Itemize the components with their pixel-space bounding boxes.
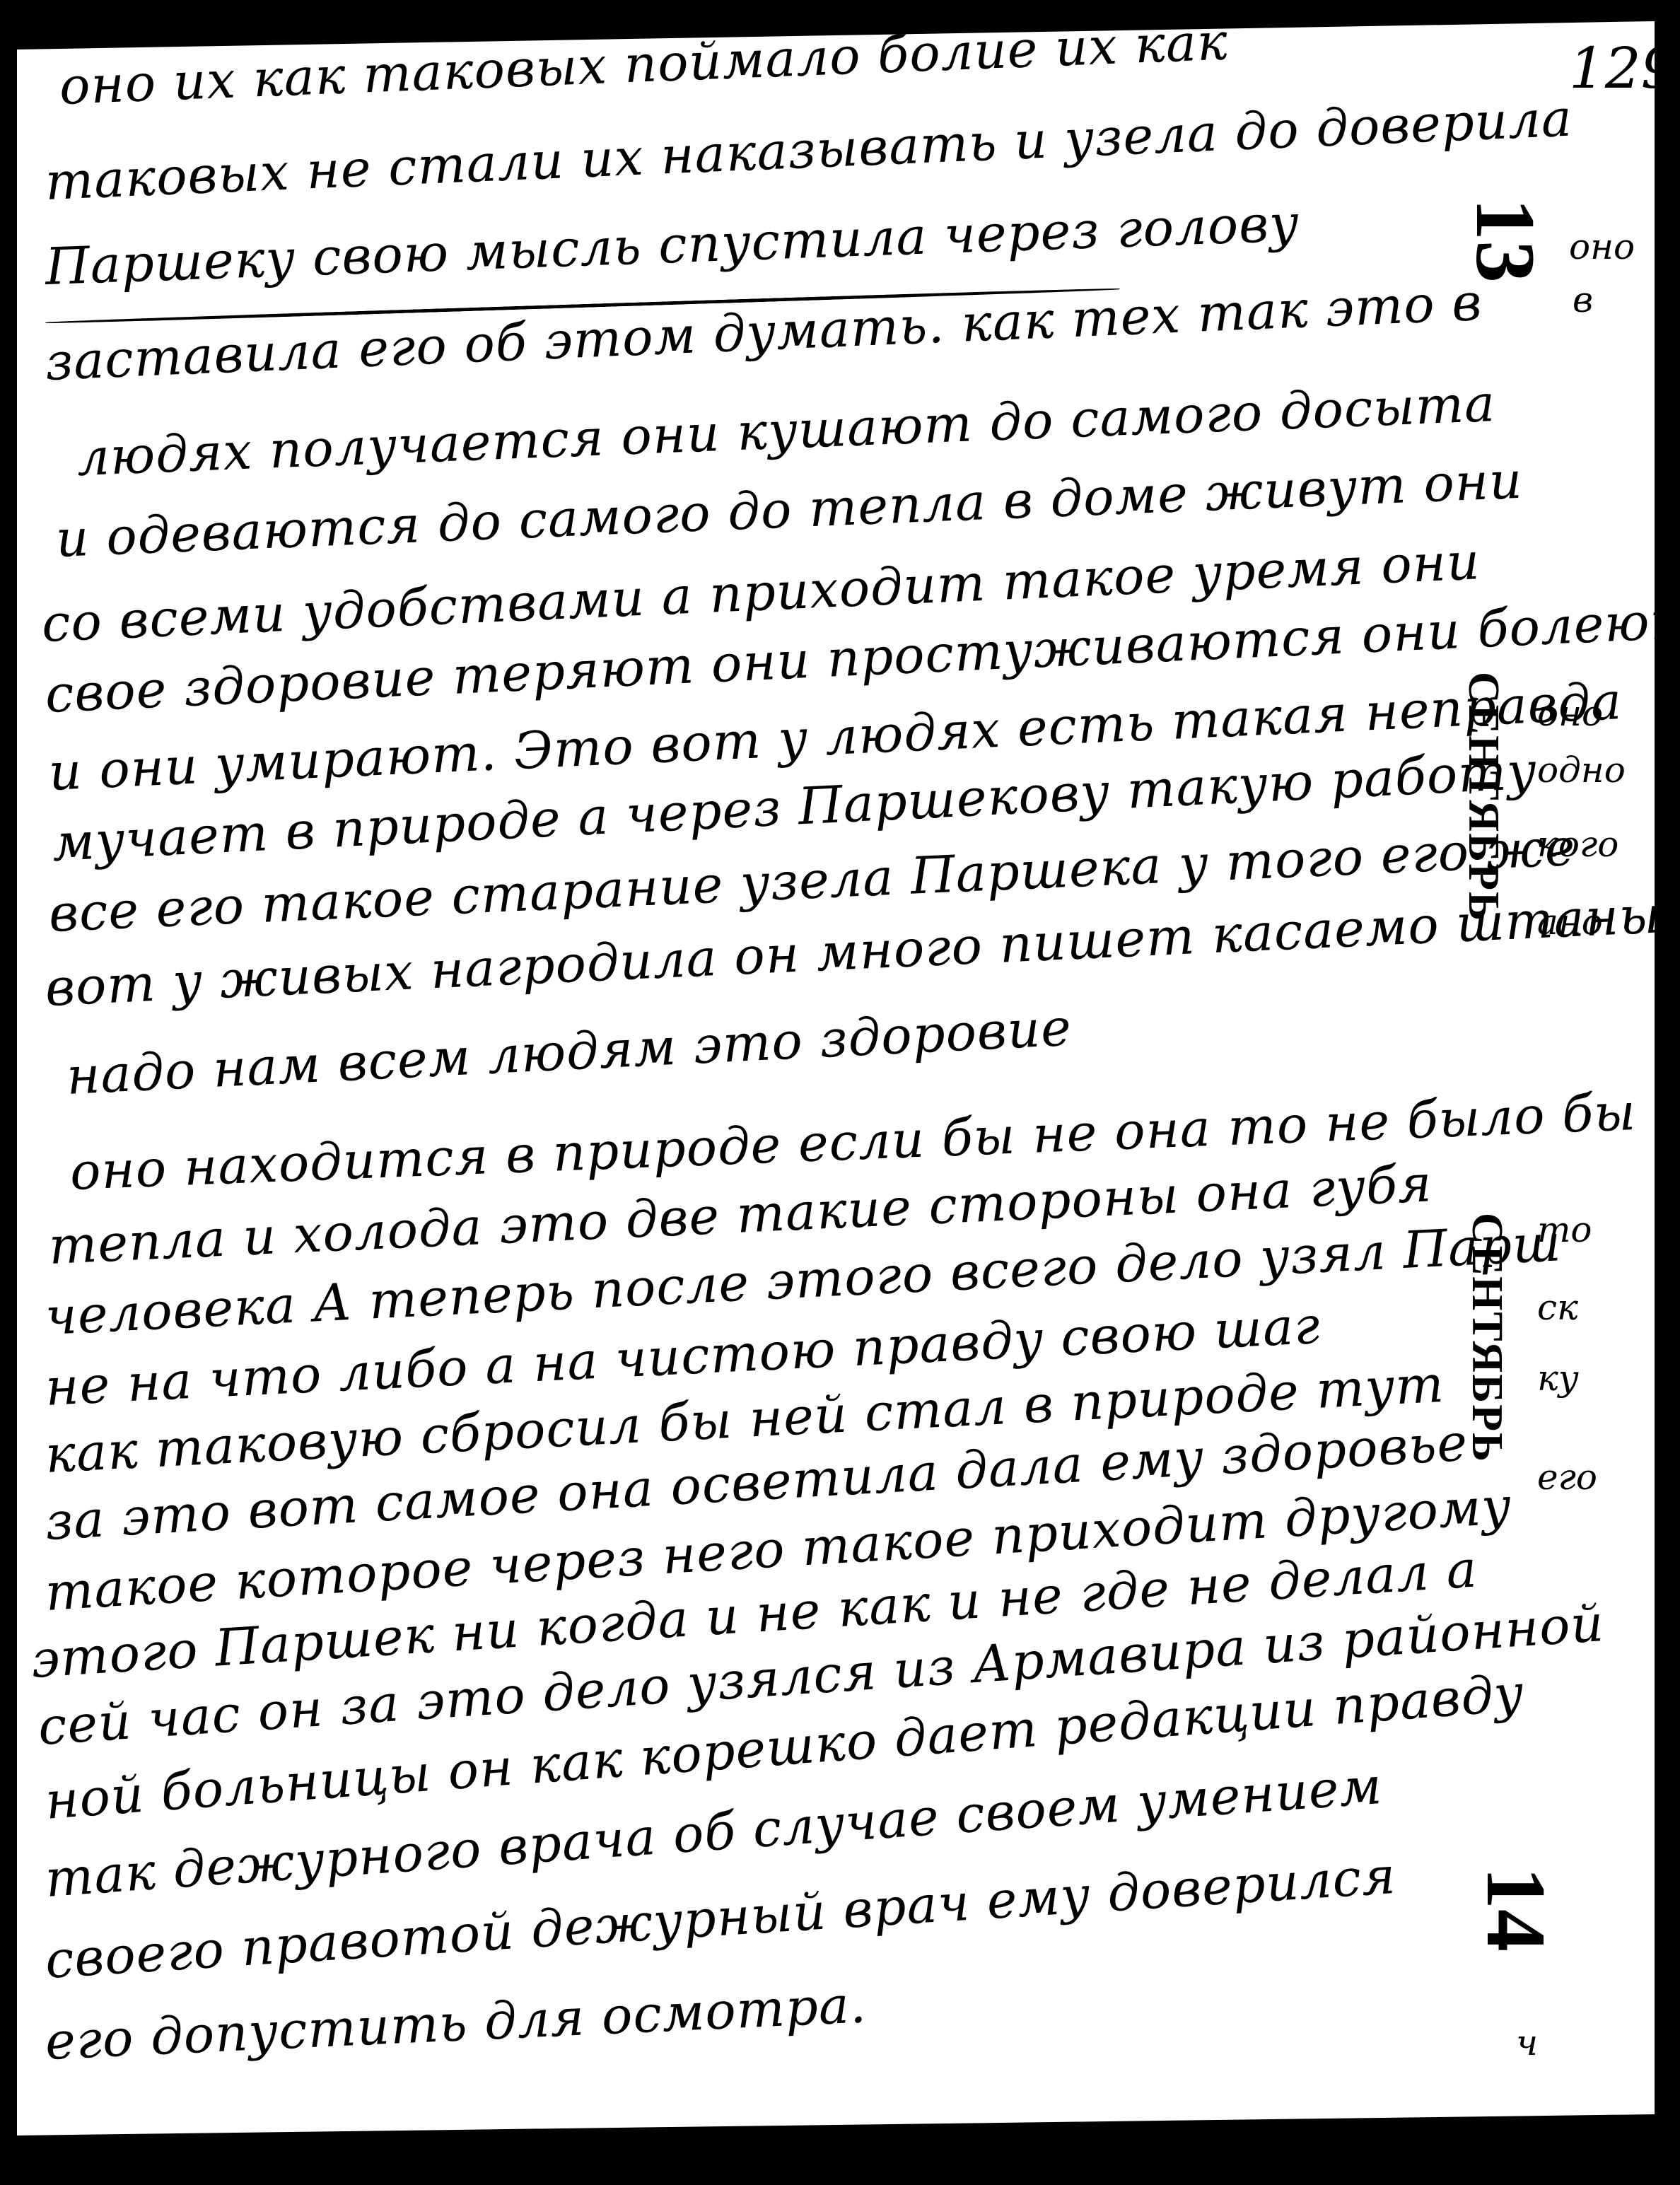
margin-note: ку	[1537, 1358, 1579, 1399]
margin-note: то	[1537, 1209, 1592, 1250]
margin-note: в	[1573, 279, 1593, 320]
day-stamp-13: 13	[1463, 198, 1548, 283]
day-stamp-14: 14	[1474, 1867, 1558, 1952]
text-line: его допустить для осмотра.	[44, 1974, 868, 2071]
margin-note: ск	[1537, 1287, 1578, 1328]
text-line: Паршеку свою мысль спустила через голову	[45, 193, 1301, 296]
margin-note: кого	[1537, 824, 1618, 865]
margin-note: оно	[1569, 226, 1635, 267]
margin-note: одно	[1537, 750, 1626, 791]
margin-note: его	[1537, 1457, 1597, 1498]
text-line: заставила его об этом думать. как тех та…	[44, 272, 1483, 392]
month-stamp: СЕНТЯБРЬ	[1465, 1213, 1509, 1463]
page-number: 129	[1569, 35, 1677, 101]
margin-note: оно	[1537, 693, 1603, 734]
margin-note: ч	[1516, 2022, 1538, 2063]
text-line: оно их как таковых поймало болие их как	[58, 12, 1229, 116]
month-stamp: СЕНТЯБРЬ	[1462, 672, 1505, 922]
text-line: надо нам всем людям это здоровие	[65, 998, 1073, 1106]
margin-note: ано	[1537, 902, 1603, 943]
manuscript-page: 129 оно их как таковых поймало болие их …	[17, 21, 1655, 2136]
